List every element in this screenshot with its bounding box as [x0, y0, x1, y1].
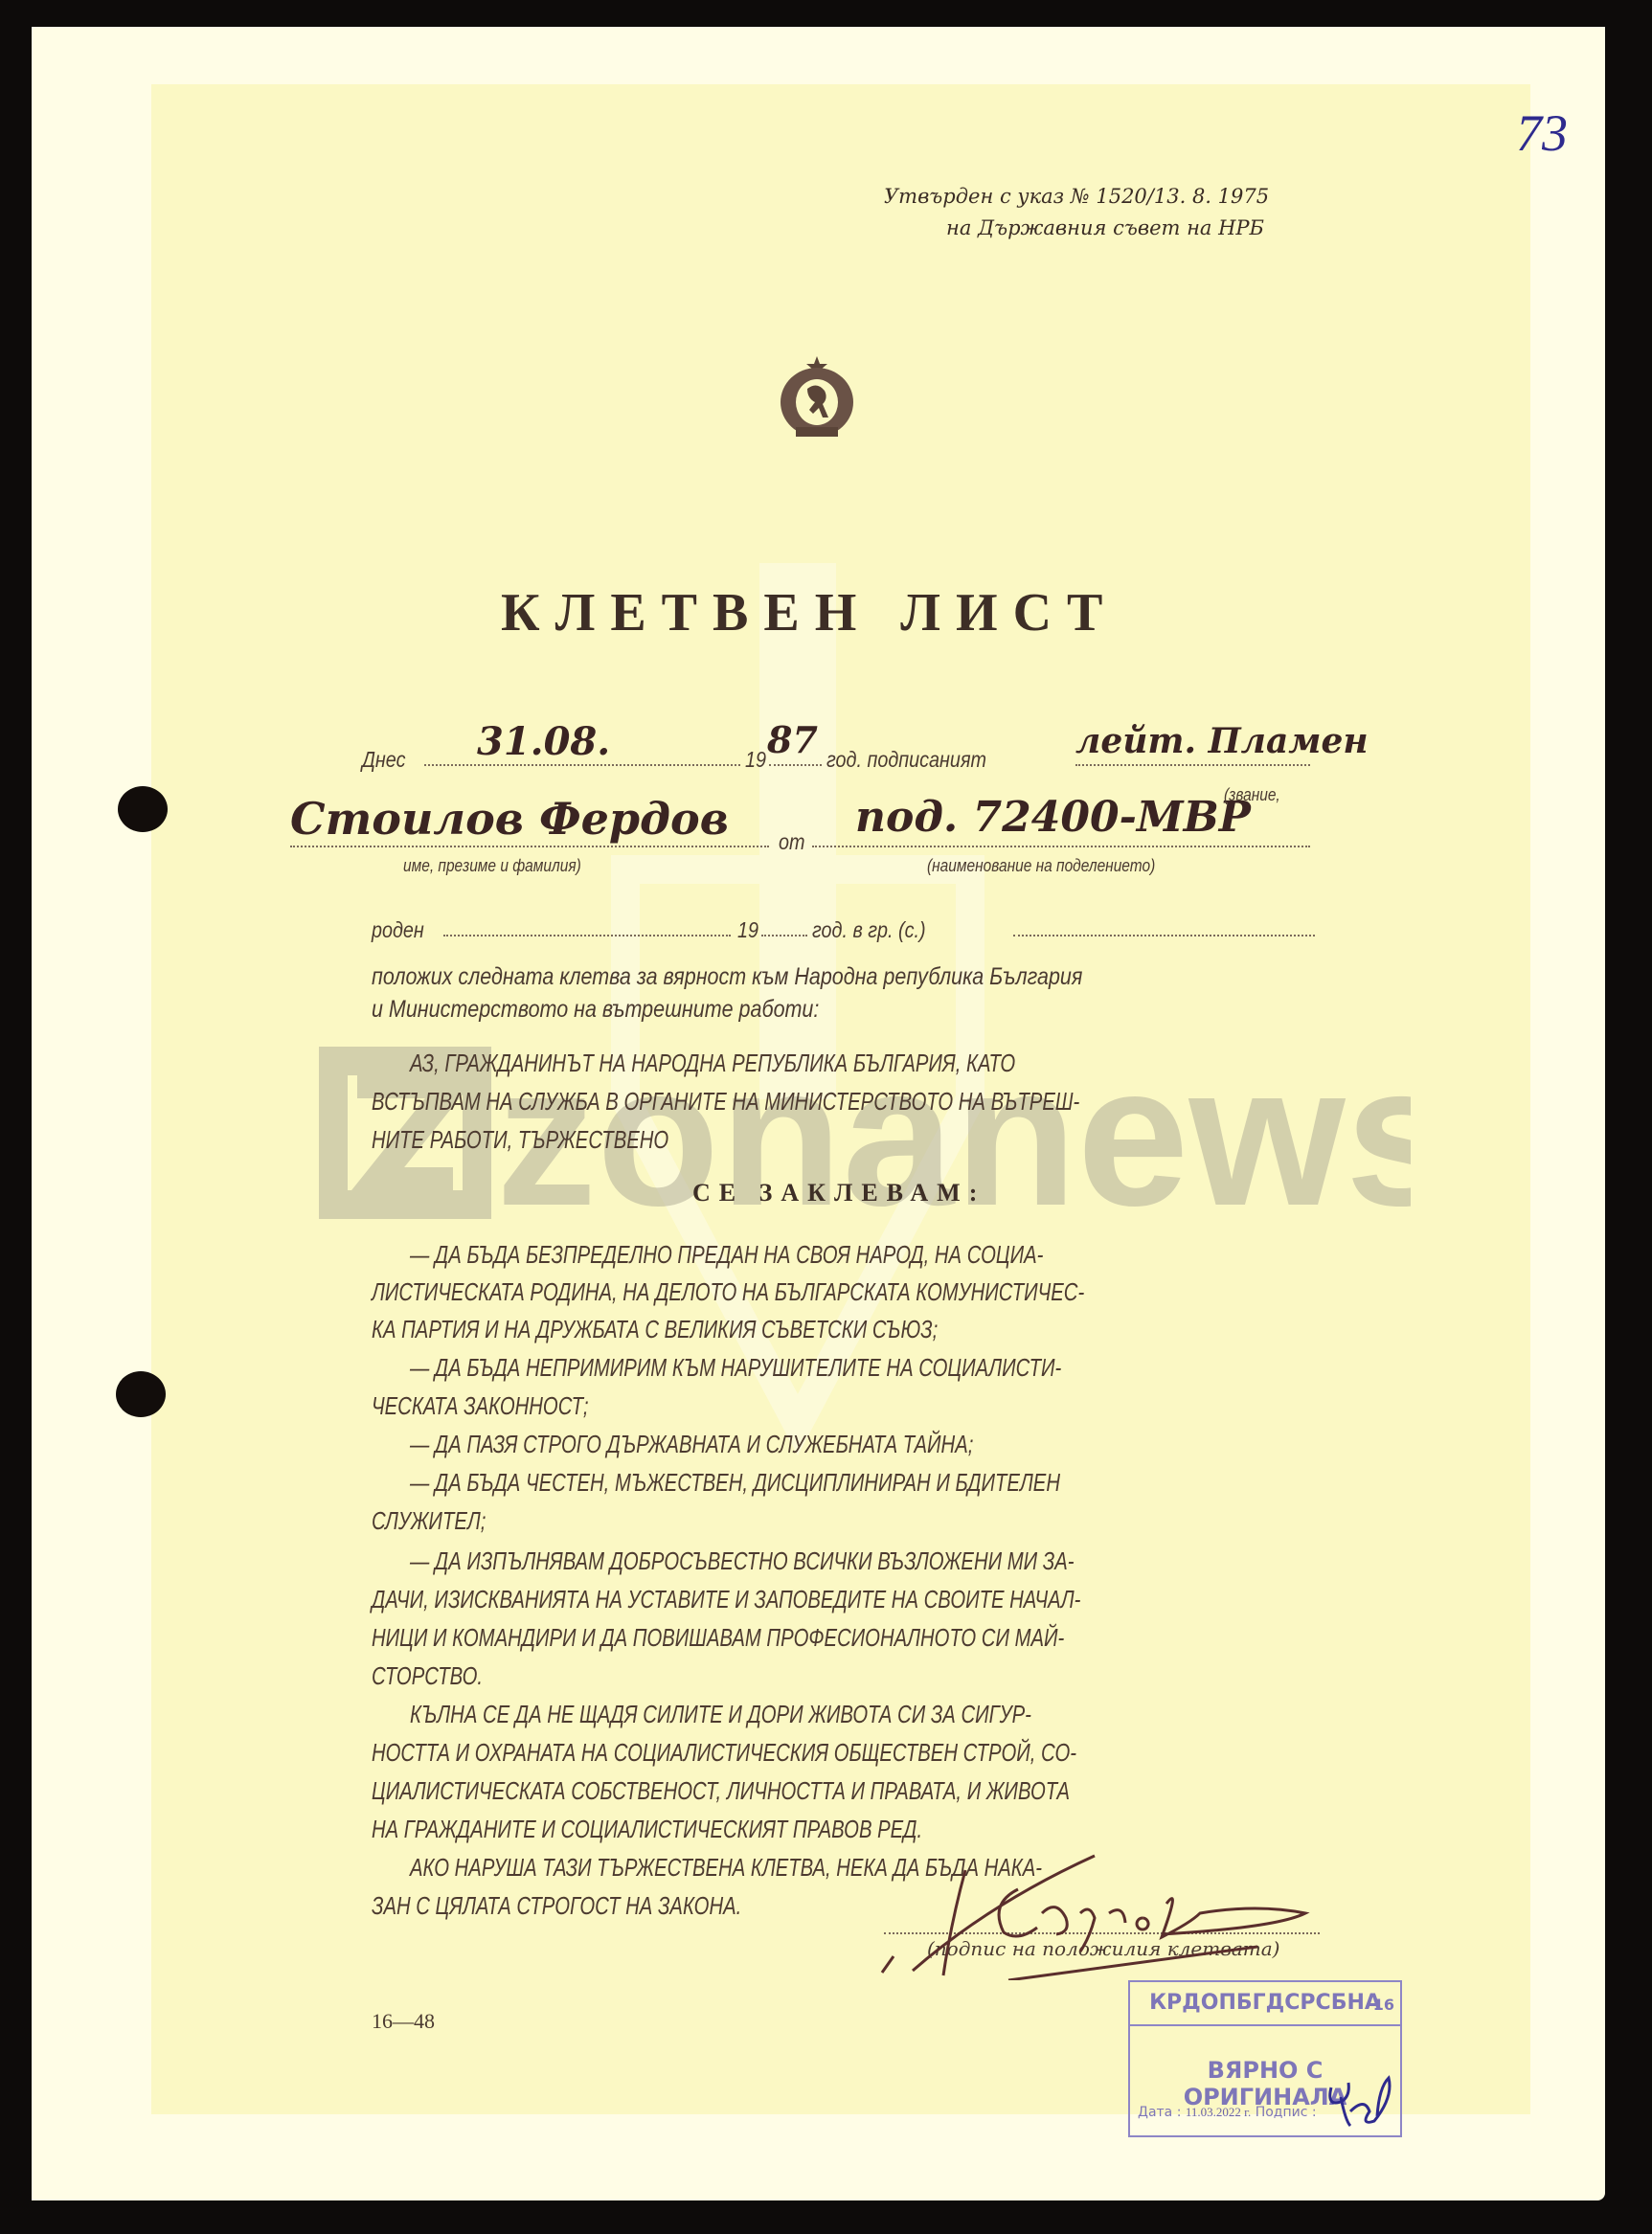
unit-dotted-line	[812, 846, 1310, 847]
rank-hint: (звание,	[1224, 785, 1280, 805]
oath-heading: СЕ ЗАКЛЕВАМ:	[692, 1179, 985, 1207]
today-value: 31.08.	[477, 719, 610, 764]
oath-line: КЪЛНА СЕ ДА НЕ ЩАДЯ СИЛИТЕ И ДОРИ ЖИВОТА…	[410, 1695, 1031, 1733]
born-place-label: год. в гр. (с.)	[812, 917, 926, 943]
form-code: 16—48	[372, 2009, 435, 2034]
stamp-date-row: Дата : 11.03.2022 г. Подпис :	[1138, 2105, 1317, 2120]
oath-line: НИЦИ И КОМАНДИРИ И ДА ПОВИШАВАМ ПРОФЕСИО…	[372, 1618, 1064, 1657]
oath-line: ЦИАЛИСТИЧЕСКАТА СОБСТВЕНОСТ, ЛИЧНОСТТА И…	[372, 1771, 1070, 1810]
stamp-organization-text: КРДОПБГДСРСБНА	[1149, 1991, 1381, 2015]
document-title: КЛЕТВЕН ЛИСТ	[501, 582, 1118, 643]
handwritten-signature	[874, 1846, 1315, 1980]
oath-line: — ДА БЪДА ЧЕСТЕН, МЪЖЕСТВЕН, ДИСЦИПЛИНИР…	[410, 1463, 1060, 1501]
coat-of-arms-icon	[769, 352, 865, 448]
born-year-prefix: 19	[737, 917, 758, 943]
oath-line: ЗАН С ЦЯЛАТА СТРОГОСТ НА ЗАКОНА.	[372, 1886, 741, 1925]
certification-stamp: КРДОПБГДСРСБНА 16 ВЯРНО С ОРИГИНАЛА Дата…	[1128, 1980, 1402, 2137]
unit-hint: (наименование на поделението)	[927, 856, 1155, 876]
name-dotted-line	[290, 846, 769, 847]
rank-dotted-line	[1075, 764, 1310, 766]
oath-line: ДАЧИ, ИЗИСКВАНИЯТА НА УСТАВИТЕ И ЗАПОВЕД…	[372, 1580, 1080, 1618]
oath-line: ЧЕСКАТА ЗАКОННОСТ;	[372, 1387, 588, 1425]
name-hint: име, презиме и фамилия)	[403, 856, 581, 876]
hole-punch	[118, 786, 168, 832]
document-page: 73 Утвърден с указ № 1520/13. 8. 1975 на…	[32, 27, 1605, 2200]
approval-line-1: Утвърден с указ № 1520/13. 8. 1975	[884, 180, 1269, 213]
approval-line-2: на Държавния съвет на НРБ	[946, 212, 1264, 244]
oath-preamble-2: ВСТЪПВАМ НА СЛУЖБА В ОРГАНИТЕ НА МИНИСТЕ…	[372, 1082, 1079, 1120]
oath-line: — ДА БЪДА БЕЗПРЕДЕЛНО ПРЕДАН НА СВОЯ НАР…	[410, 1235, 1043, 1274]
oath-line: — ДА ПАЗЯ СТРОГО ДЪРЖАВНАТА И СЛУЖЕБНАТА…	[410, 1425, 973, 1463]
stamp-sign-label: Подпис :	[1256, 2105, 1317, 2120]
stamp-superscript: 16	[1373, 1984, 1394, 2026]
unit-value: под. 72400-МВР	[855, 793, 1251, 842]
from-label: от	[779, 829, 804, 855]
today-label: Днес	[362, 747, 405, 773]
oath-line: — ДА ИЗПЪЛНЯВАМ ДОБРОСЪВЕСТНО ВСИЧКИ ВЪЗ…	[410, 1542, 1075, 1580]
stamp-organization: КРДОПБГДСРСБНА 16	[1130, 1982, 1400, 2026]
oath-line: НА ГРАЖДАНИТЕ И СОЦИАЛИСТИЧЕСКИЯТ ПРАВОВ…	[372, 1810, 922, 1848]
year-dotted-line	[769, 764, 822, 766]
year-value: 87	[767, 718, 818, 761]
hole-punch	[116, 1371, 166, 1417]
oath-line: СТОРСТВО.	[372, 1657, 483, 1695]
born-label: роден	[372, 917, 424, 943]
oath-line: — ДА БЪДА НЕПРИМИРИМ КЪМ НАРУШИТЕЛИТЕ НА…	[410, 1348, 1061, 1387]
born-year-dotted-line	[761, 935, 807, 936]
oath-line: ЛИСТИЧЕСКАТА РОДИНА, НА ДЕЛОТО НА БЪЛГАР…	[372, 1273, 1084, 1311]
year-prefix: 19	[745, 747, 766, 773]
oath-preamble-1: АЗ, ГРАЖДАНИНЪТ НА НАРОДНА РЕПУБЛИКА БЪЛ…	[410, 1044, 1015, 1082]
born-place-dotted-line	[1013, 935, 1315, 936]
handwritten-page-number: 73	[1516, 103, 1568, 163]
stamp-initials-signature	[1322, 2068, 1398, 2135]
oath-line: НОСТТА И ОХРАНАТА НА СОЦИАЛИСТИЧЕСКИЯ ОБ…	[372, 1733, 1076, 1771]
born-dotted-line	[443, 935, 731, 936]
stamp-date-value: 11.03.2022 г.	[1186, 2105, 1251, 2119]
today-dotted-line	[424, 764, 740, 766]
stamp-date-label: Дата :	[1138, 2105, 1181, 2120]
oath-intro-line-2: и Министерството на вътрешните работи:	[372, 996, 819, 1024]
rank-value: лейт. Пламен	[1075, 721, 1369, 761]
name-value: Стоилов Фердов	[290, 793, 729, 845]
oath-preamble-3: НИТЕ РАБОТИ, ТЪРЖЕСТВЕНО	[372, 1120, 668, 1159]
oath-line: СЛУЖИТЕЛ;	[372, 1501, 486, 1540]
oath-line: КА ПАРТИЯ И НА ДРУЖБАТА С ВЕЛИКИЯ СЪВЕТС…	[372, 1310, 938, 1348]
year-suffix: год. подписаният	[826, 747, 986, 773]
oath-intro-line-1: положих следната клетва за вярност към Н…	[372, 963, 1082, 991]
